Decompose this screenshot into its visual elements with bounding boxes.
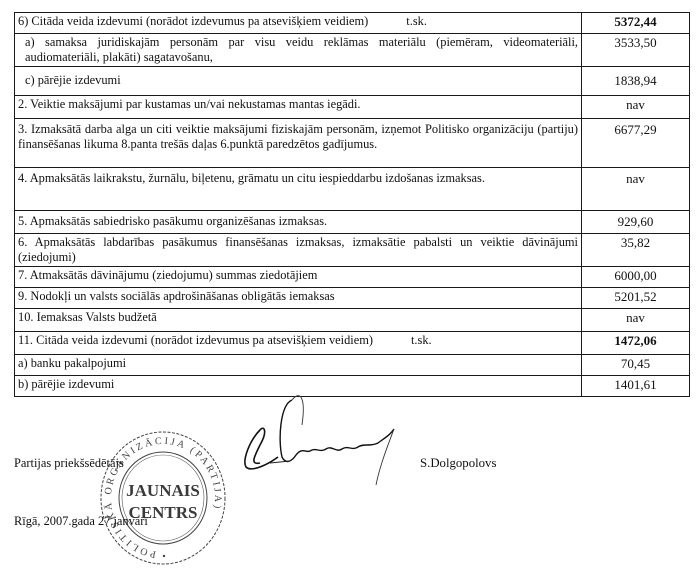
row-label: 7. Atmaksātās dāvinājumu (ziedojumu) sum… bbox=[15, 267, 582, 288]
row-label: a) banku pakalpojumi bbox=[15, 355, 582, 376]
party-stamp: POLITISKĀ ORGANIZĀCIJA (PARTIJA) JAUNAIS… bbox=[98, 430, 228, 570]
table-row: 11. Citāda veida izdevumi (norādot izdev… bbox=[15, 332, 690, 355]
row-value: 5372,44 bbox=[582, 13, 690, 34]
row-value: 3533,50 bbox=[582, 34, 690, 67]
row-value: 1472,06 bbox=[582, 332, 690, 355]
row-label: 10. Iemaksas Valsts budžetā bbox=[15, 309, 582, 332]
table-row: c) pārējie izdevumi 1838,94 bbox=[15, 67, 690, 96]
row-suffix: t.sk. bbox=[411, 333, 432, 347]
row-label: 11. Citāda veida izdevumi (norādot izdev… bbox=[15, 332, 582, 355]
table-row: 3. Izmaksātā darba alga un citi veiktie … bbox=[15, 119, 690, 168]
date-line: Rīgā, 2007.gada 27.janvārī bbox=[14, 514, 148, 529]
signature-icon bbox=[230, 385, 430, 495]
row-label: c) pārējie izdevumi bbox=[15, 67, 582, 96]
row-label: 2. Veiktie maksājumi par kustamas un/vai… bbox=[15, 96, 582, 119]
row-value: 6000,00 bbox=[582, 267, 690, 288]
row-value: 1838,94 bbox=[582, 67, 690, 96]
table-row: a) samaksa juridiskajām personām par vis… bbox=[15, 34, 690, 67]
row-value: 6677,29 bbox=[582, 119, 690, 168]
row-value: 5201,52 bbox=[582, 288, 690, 309]
row-value: 1401,61 bbox=[582, 376, 690, 397]
row-label: 6. Apmaksātās labdarības pasākumus finan… bbox=[15, 234, 582, 267]
table-row: 2. Veiktie maksājumi par kustamas un/vai… bbox=[15, 96, 690, 119]
row-label: 4. Apmaksātās laikrakstu, žurnālu, biļet… bbox=[15, 168, 582, 211]
row-label: 9. Nodokļi un valsts sociālās apdrošināš… bbox=[15, 288, 582, 309]
row-value: 70,45 bbox=[582, 355, 690, 376]
row-label-text: 6) Citāda veida izdevumi (norādot izdevu… bbox=[18, 14, 368, 28]
expenses-table: 6) Citāda veida izdevumi (norādot izdevu… bbox=[14, 12, 690, 397]
row-value: 35,82 bbox=[582, 234, 690, 267]
chair-name: S.Dolgopolovs bbox=[420, 456, 496, 471]
row-label: 5. Apmaksātās sabiedrisko pasākumu organ… bbox=[15, 211, 582, 234]
table-row: 7. Atmaksātās dāvinājumu (ziedojumu) sum… bbox=[15, 267, 690, 288]
table-row: 10. Iemaksas Valsts budžetā nav bbox=[15, 309, 690, 332]
table-row: a) banku pakalpojumi 70,45 bbox=[15, 355, 690, 376]
row-value: nav bbox=[582, 168, 690, 211]
row-value: nav bbox=[582, 96, 690, 119]
chair-label: Partijas priekšsēdētājs bbox=[14, 456, 124, 471]
row-label: 3. Izmaksātā darba alga un citi veiktie … bbox=[15, 119, 582, 168]
stamp-center-line-1: JAUNAIS bbox=[126, 481, 200, 500]
row-label-text: 11. Citāda veida izdevumi (norādot izdev… bbox=[18, 333, 373, 347]
row-label: 6) Citāda veida izdevumi (norādot izdevu… bbox=[15, 13, 582, 34]
table-row: 9. Nodokļi un valsts sociālās apdrošināš… bbox=[15, 288, 690, 309]
row-value: nav bbox=[582, 309, 690, 332]
table-row: 4. Apmaksātās laikrakstu, žurnālu, biļet… bbox=[15, 168, 690, 211]
row-label: a) samaksa juridiskajām personām par vis… bbox=[15, 34, 582, 67]
row-suffix: t.sk. bbox=[406, 14, 427, 28]
table-row: 6. Apmaksātās labdarības pasākumus finan… bbox=[15, 234, 690, 267]
table-row: 6) Citāda veida izdevumi (norādot izdevu… bbox=[15, 13, 690, 34]
table-row: 5. Apmaksātās sabiedrisko pasākumu organ… bbox=[15, 211, 690, 234]
row-value: 929,60 bbox=[582, 211, 690, 234]
